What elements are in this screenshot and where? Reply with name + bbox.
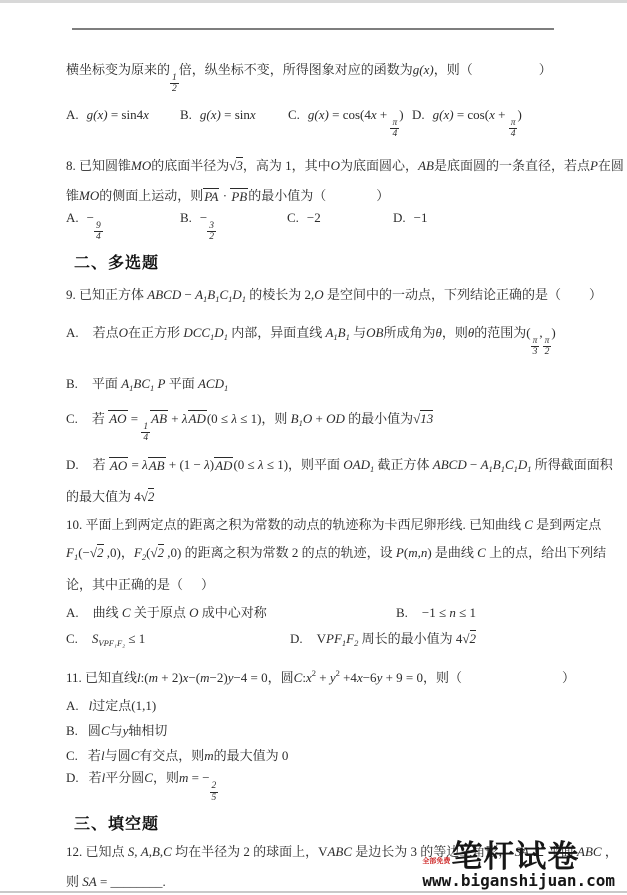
watermark-title: 笔杆试卷 bbox=[451, 841, 579, 872]
fraction: 25 bbox=[210, 781, 219, 803]
square-root: √13 bbox=[413, 410, 433, 426]
text-line: 锥MO的侧面上运动，则PA · PB的最小值为（） bbox=[66, 186, 576, 206]
square-root: √2 bbox=[462, 630, 476, 646]
top-border bbox=[0, 0, 627, 3]
vector-overline: AB bbox=[148, 457, 166, 473]
text-line: C.若 AO = 14AB + λAD(0 ≤ λ ≤ 1)，则 B1O + O… bbox=[66, 408, 576, 444]
vector-overline: PA bbox=[203, 188, 219, 204]
fraction: π4 bbox=[390, 118, 399, 140]
header-rule bbox=[72, 28, 554, 30]
option: D.VPF1F2 周长的最小值为 4√2 bbox=[290, 629, 576, 653]
text-line: A.l过定点(1,1) bbox=[66, 696, 576, 716]
section-heading: 三、填空题 bbox=[66, 814, 576, 836]
text-line: 论，其中正确的是（） bbox=[66, 575, 576, 595]
text-line: 9. 已知正方体 ABCD − A1B1C1D1 的棱长为 2,O 是空间中的一… bbox=[66, 285, 576, 309]
vector-overline: AB bbox=[150, 410, 168, 426]
option: A.g(x) = sin4x bbox=[66, 105, 180, 140]
text-line: 横坐标变为原来的12倍，纵坐标不变，所得图象对应的函数为g(x)，则（） bbox=[66, 60, 576, 95]
options-row: A.g(x) = sin4xB.g(x) = sinxC.g(x) = cos(… bbox=[66, 105, 576, 140]
text-line: 的最大值为 4√2 bbox=[66, 487, 576, 507]
option: B.g(x) = sinx bbox=[180, 105, 288, 140]
section-heading: 二、多选题 bbox=[66, 253, 576, 275]
text-line: C.若l与圆C有交点，则m的最大值为 0 bbox=[66, 746, 576, 766]
fraction: 32 bbox=[207, 221, 216, 243]
text-line: A.若点O在正方形 DCC1D1 内部，异面直线 A1B1 与OB所成角为θ，则… bbox=[66, 323, 576, 358]
vector-overline: AO bbox=[108, 410, 127, 426]
vector-overline: AD bbox=[188, 410, 207, 426]
site-watermark: 全部免费 笔杆试卷 www.biganshijuan.com bbox=[422, 841, 615, 890]
options-row: A.曲线 C 关于原点 O 成中心对称B.−1 ≤ n ≤ 1 bbox=[66, 603, 576, 623]
watermark-title-row: 全部免费 笔杆试卷 bbox=[422, 841, 615, 872]
option: B.−32 bbox=[180, 208, 287, 243]
fraction: 94 bbox=[94, 221, 103, 243]
square-root: √2 bbox=[90, 544, 104, 560]
text-line: F1(−√2 ,0)，F2(√2 ,0) 的距离之积为常数 2 的点的轨迹，设 … bbox=[66, 543, 576, 567]
option: C.−2 bbox=[287, 208, 393, 243]
square-root: √2 bbox=[141, 488, 155, 504]
fraction: 12 bbox=[170, 73, 179, 95]
text-line: B.圆C与y轴相切 bbox=[66, 721, 576, 741]
vector-overline: AD bbox=[214, 457, 233, 473]
text-line: D.若 AO = λAB + (1 − λ)AD(0 ≤ λ ≤ 1)，则平面 … bbox=[66, 455, 576, 479]
option: D.−1 bbox=[393, 208, 576, 243]
option: C.SVPF₁F₂ ≤ 1 bbox=[66, 629, 290, 653]
fraction: 14 bbox=[141, 422, 150, 444]
option: B.−1 ≤ n ≤ 1 bbox=[396, 603, 576, 623]
option: A.−94 bbox=[66, 208, 180, 243]
text-line: 10. 平面上到两定点的距离之积为常数的动点的轨迹称为卡西尼卵形线. 已知曲线 … bbox=[66, 515, 576, 535]
text-line: 8. 已知圆锥MO的底面半径为√3，高为 1，其中O为底面圆心，AB是底面圆的一… bbox=[66, 156, 576, 176]
option: A.曲线 C 关于原点 O 成中心对称 bbox=[66, 603, 396, 623]
text-line: D.若l平分圆C，则m = −25 bbox=[66, 768, 576, 803]
options-row: C.SVPF₁F₂ ≤ 1D.VPF1F2 周长的最小值为 4√2 bbox=[66, 629, 576, 653]
exam-paper-page: 横坐标变为原来的12倍，纵坐标不变，所得图象对应的函数为g(x)，则（）A.g(… bbox=[0, 0, 627, 895]
text-line: B.平面 A1BC1 P 平面 ACD1 bbox=[66, 374, 576, 398]
text-line: 11. 已知直线l:(m + 2)x−(m−2)y−4 = 0，圆C:x2 + … bbox=[66, 663, 576, 688]
square-root: √2 bbox=[150, 544, 164, 560]
document-body: 横坐标变为原来的12倍，纵坐标不变，所得图象对应的函数为g(x)，则（）A.g(… bbox=[66, 60, 576, 892]
vector-overline: AO bbox=[109, 457, 128, 473]
vector-overline: PB bbox=[230, 188, 248, 204]
options-row: A.−94B.−32C.−2D.−1 bbox=[66, 208, 576, 243]
watermark-free-label: 全部免费 bbox=[422, 858, 450, 865]
square-root: √3 bbox=[229, 157, 243, 173]
option: D.g(x) = cos(x + π4) bbox=[412, 105, 576, 140]
watermark-url: www.biganshijuan.com bbox=[422, 872, 615, 890]
bottom-border bbox=[0, 891, 627, 893]
option: C.g(x) = cos(4x + π4) bbox=[288, 105, 412, 140]
